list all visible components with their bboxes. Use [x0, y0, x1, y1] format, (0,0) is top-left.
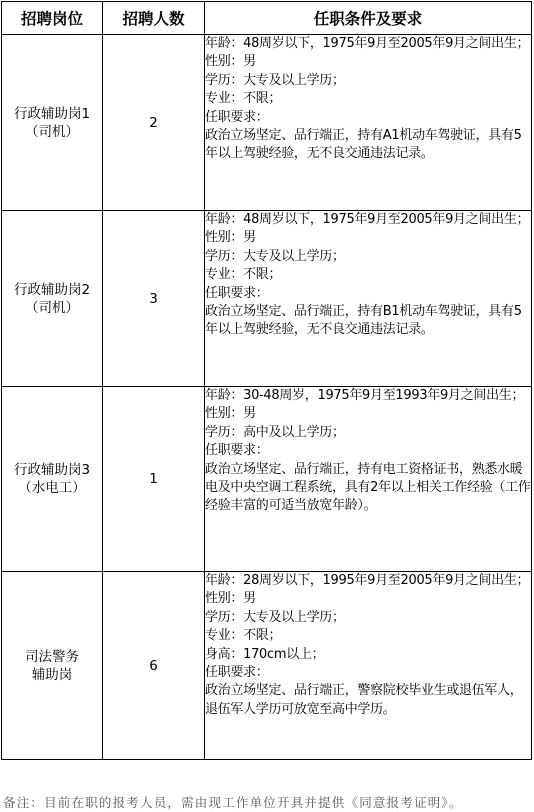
- headcount-cell: 2: [103, 35, 205, 211]
- requirement-line: 性别：男: [205, 405, 531, 423]
- header-position: 招聘岗位: [2, 2, 103, 35]
- requirement-line: 任职要求：: [205, 109, 531, 127]
- requirement-line: 政治立场坚定、品行端正，持有电工资格证书，熟悉水暖电及中央空调工程系统，具有2年…: [205, 461, 531, 516]
- headcount-cell: 1: [103, 387, 205, 572]
- requirement-line: 身高：170cm以上；: [205, 646, 531, 664]
- table-row: 司法警务 辅助岗 6 年龄：28周岁以下，1995年9月至2005年9月之间出生…: [2, 572, 532, 760]
- header-requirements: 任职条件及要求: [205, 2, 532, 35]
- requirement-line: 年龄：28周岁以下，1995年9月至2005年9月之间出生；: [205, 572, 531, 590]
- recruitment-table: 招聘岗位 招聘人数 任职条件及要求 行政辅助岗1 （司机） 2 年龄：48周岁以…: [1, 1, 532, 760]
- requirements-cell: 年龄：30-48周岁，1975年9月至1993年9月之间出生； 性别：男 学历：…: [205, 387, 532, 572]
- header-count: 招聘人数: [103, 2, 205, 35]
- requirement-line: 政治立场坚定、品行端正，持有B1机动车驾驶证，具有5年以上驾驶经验，无不良交通违…: [205, 303, 531, 340]
- table-header-row: 招聘岗位 招聘人数 任职条件及要求: [2, 2, 532, 35]
- footnote: 备注：目前在职的报考人员，需由现工作单位开具并提供《同意报考证明》。: [3, 794, 531, 812]
- requirement-line: 年龄：48周岁以下，1975年9月至2005年9月之间出生；: [205, 211, 531, 229]
- position-cell: 行政辅助岗1 （司机）: [2, 35, 103, 211]
- headcount-cell: 6: [103, 572, 205, 760]
- requirement-line: 政治立场坚定、品行端正，警察院校毕业生或退伍军人，退伍军人学历可放宽至高中学历。: [205, 682, 531, 719]
- requirements-cell: 年龄：48周岁以下，1975年9月至2005年9月之间出生； 性别：男 学历：大…: [205, 35, 532, 211]
- requirements-cell: 年龄：48周岁以下，1975年9月至2005年9月之间出生； 性别：男 学历：大…: [205, 211, 532, 387]
- requirement-line: 年龄：30-48周岁，1975年9月至1993年9月之间出生；: [205, 387, 531, 405]
- requirements-cell: 年龄：28周岁以下，1995年9月至2005年9月之间出生； 性别：男 学历：大…: [205, 572, 532, 760]
- requirement-line: 任职要求：: [205, 664, 531, 682]
- position-cell: 行政辅助岗2 （司机）: [2, 211, 103, 387]
- requirement-line: 性别：男: [205, 590, 531, 608]
- position-cell: 司法警务 辅助岗: [2, 572, 103, 760]
- position-cell: 行政辅助岗3 （水电工）: [2, 387, 103, 572]
- requirement-line: 政治立场坚定、品行端正，持有A1机动车驾驶证，具有5年以上驾驶经验，无不良交通违…: [205, 127, 531, 164]
- position-subtitle: （水电工）: [2, 479, 102, 497]
- table-row: 行政辅助岗1 （司机） 2 年龄：48周岁以下，1975年9月至2005年9月之…: [2, 35, 532, 211]
- position-name: 行政辅助岗3: [2, 461, 102, 479]
- requirement-line: 学历：高中及以上学历；: [205, 424, 531, 442]
- requirement-line: 性别：男: [205, 53, 531, 71]
- requirement-line: 学历：大专及以上学历；: [205, 72, 531, 90]
- position-name: 司法警务: [2, 648, 102, 666]
- position-subtitle: （司机）: [2, 299, 102, 317]
- requirement-line: 专业：不限；: [205, 266, 531, 284]
- headcount-cell: 3: [103, 211, 205, 387]
- requirement-line: 学历：大专及以上学历；: [205, 609, 531, 627]
- requirement-line: 学历：大专及以上学历；: [205, 248, 531, 266]
- table-row: 行政辅助岗3 （水电工） 1 年龄：30-48周岁，1975年9月至1993年9…: [2, 387, 532, 572]
- position-subtitle: 辅助岗: [2, 666, 102, 684]
- position-name: 行政辅助岗1: [2, 105, 102, 123]
- requirement-line: 专业：不限；: [205, 627, 531, 645]
- table-row: 行政辅助岗2 （司机） 3 年龄：48周岁以下，1975年9月至2005年9月之…: [2, 211, 532, 387]
- requirement-line: 性别：男: [205, 229, 531, 247]
- requirement-line: 专业：不限；: [205, 90, 531, 108]
- requirement-line: 任职要求：: [205, 442, 531, 460]
- requirement-line: 年龄：48周岁以下，1975年9月至2005年9月之间出生；: [205, 35, 531, 53]
- position-subtitle: （司机）: [2, 123, 102, 141]
- requirement-line: 任职要求：: [205, 285, 531, 303]
- position-name: 行政辅助岗2: [2, 281, 102, 299]
